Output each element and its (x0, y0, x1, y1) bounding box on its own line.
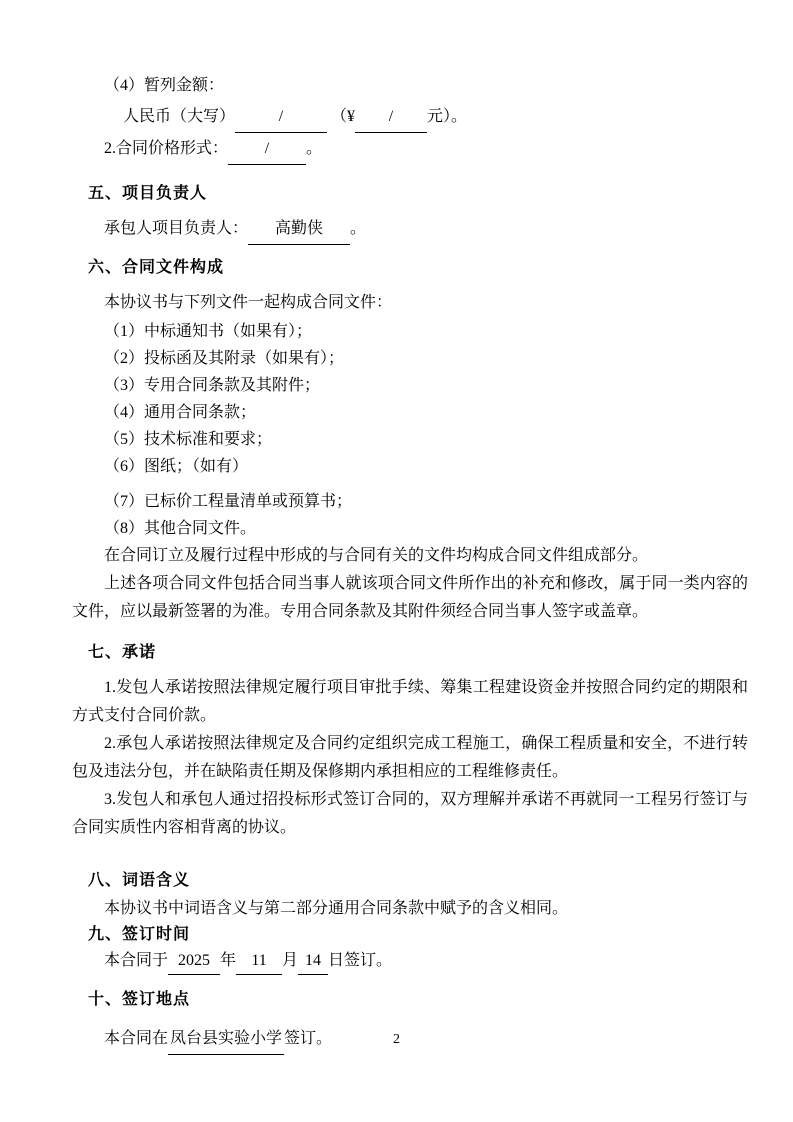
file-item-2: （2）投标函及其附录（如果有）； (72, 345, 748, 372)
provisional-sum-label: （4）暂列金额： (72, 70, 748, 101)
promise-paragraph-3: 3.发包人和承包人通过招投标形式签订合同的，双方理解并承诺不再就同一工程另行签订… (72, 786, 748, 842)
yuan-close: 元）。 (427, 108, 467, 125)
section-title-10: 十、签订地点 (72, 985, 748, 1015)
file-item-4: （4）通用合同条款； (72, 399, 748, 426)
price-form-line: 2.合同价格形式：/。 (72, 133, 748, 165)
price-form-label: 2.合同价格形式： (104, 140, 228, 157)
file-item-7: （7）已标价工程量清单或预算书； (72, 488, 748, 515)
file-item-8: （8）其他合同文件。 (72, 515, 748, 542)
rmb-uppercase-line: 人民币（大写）/ （¥/元）。 (72, 101, 748, 133)
file-item-1: （1）中标通知书（如果有）； (72, 318, 748, 345)
price-form-blank: / (228, 133, 306, 165)
promise-paragraph-1: 1.发包人承诺按照法律规定履行项目审批手续、筹集工程建设资金并按照合同约定的期限… (72, 674, 748, 730)
promise-paragraph-2: 2.承包人承诺按照法律规定及合同约定组织完成工程施工，确保工程质量和安全，不进行… (72, 730, 748, 786)
day-label: 日签订。 (328, 952, 392, 969)
project-manager-period: 。 (350, 220, 366, 237)
yuan-open: （¥ (331, 108, 355, 125)
page-number: 2 (0, 1030, 793, 1050)
signing-date-prefix: 本合同于 (104, 952, 168, 969)
file-item-6: （6）图纸；（如有） (72, 453, 748, 480)
contract-files-paragraph-1: 在合同订立及履行过程中形成的与合同有关的文件均构成合同文件组成部分。 (72, 542, 748, 570)
contract-page: （4）暂列金额： 人民币（大写）/ （¥/元）。 2.合同价格形式：/。 五、项… (0, 0, 793, 1122)
section-title-5: 五、项目负责人 (72, 179, 748, 209)
price-form-period: 。 (306, 140, 322, 157)
rmb-prefix: 人民币（大写） (123, 108, 235, 125)
signing-date-line: 本合同于2025年11月14日签订。 (72, 948, 748, 975)
signing-month-blank: 11 (236, 948, 282, 975)
rmb-amount-blank: / (235, 101, 327, 133)
file-item-3: （3）专用合同条款及其附件； (72, 372, 748, 399)
word-meaning-line: 本协议书中词语含义与第二部分通用合同条款中赋予的含义相同。 (72, 896, 748, 922)
section-title-6: 六、合同文件构成 (72, 253, 748, 283)
year-label: 年 (220, 952, 236, 969)
project-manager-label: 承包人项目负责人： (104, 220, 248, 237)
yuan-amount-blank: / (355, 101, 427, 133)
project-manager-line: 承包人项目负责人：高勤侠。 (72, 213, 748, 245)
section-title-8: 八、词语含义 (72, 866, 748, 896)
signing-year-blank: 2025 (168, 948, 220, 975)
project-manager-name-blank: 高勤侠 (248, 213, 350, 245)
section-title-7: 七、承诺 (72, 638, 748, 668)
signing-day-blank: 14 (298, 948, 328, 975)
month-label: 月 (282, 952, 298, 969)
section-title-9: 九、签订时间 (72, 922, 748, 948)
contract-files-paragraph-2: 上述各项合同文件包括合同当事人就该项合同文件所作出的补充和修改，属于同一类内容的… (72, 570, 748, 626)
contract-files-intro: 本协议书与下列文件一起构成合同文件： (72, 287, 748, 318)
file-item-5: （5）技术标准和要求； (72, 426, 748, 453)
